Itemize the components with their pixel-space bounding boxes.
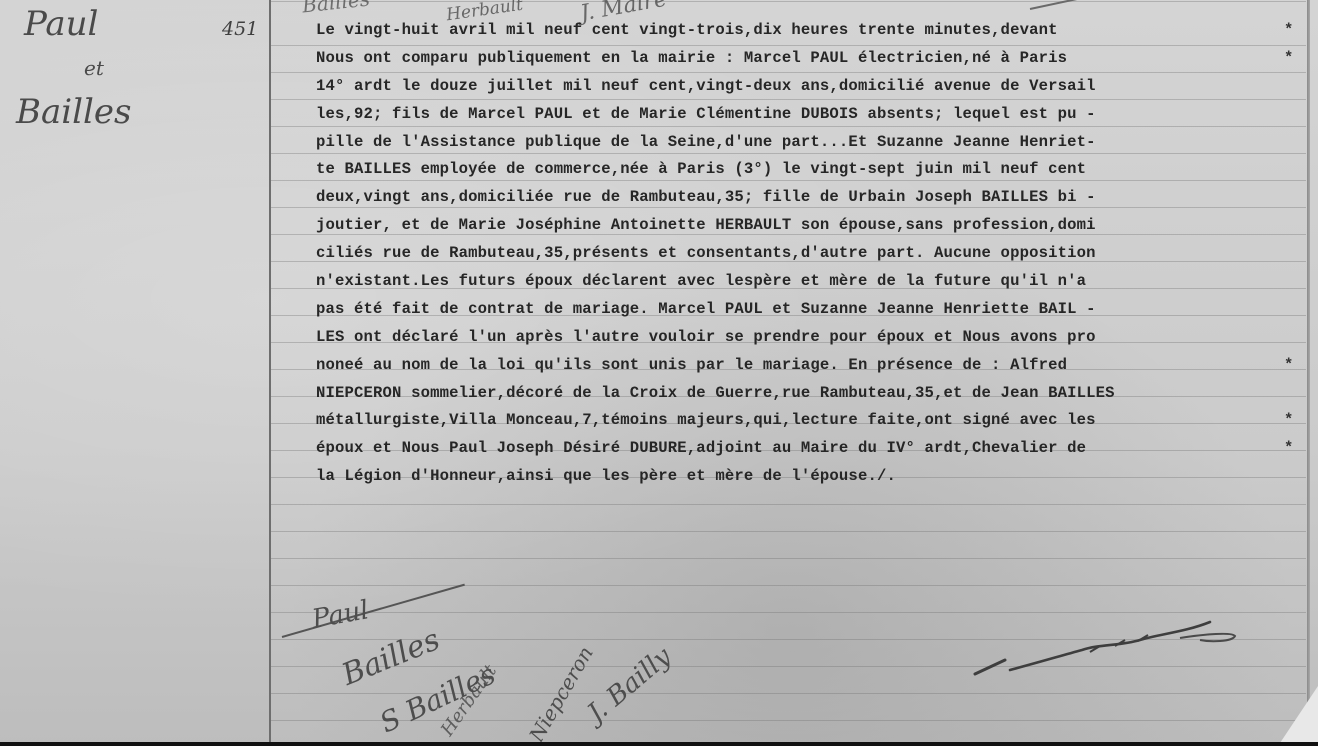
line-text: n'existant.Les futurs époux déclarent av… (316, 272, 1086, 290)
scan-border (0, 742, 1318, 746)
line-fill-mark: * (1284, 17, 1294, 45)
line-text: deux,vingt ans,domiciliée rue de Rambute… (316, 188, 1096, 206)
line-text: époux et Nous Paul Joseph Désiré DUBURE,… (316, 439, 1086, 457)
line-text: NIEPCERON sommelier,décoré de la Croix d… (316, 384, 1115, 402)
text-line: deux,vingt ans,domiciliée rue de Rambute… (316, 184, 1306, 212)
line-fill-mark: * (1284, 435, 1294, 463)
text-line: Le vingt-huit avril mil neuf cent vingt-… (316, 17, 1306, 45)
margin-name-groom: Paul (24, 4, 98, 44)
text-line: pas été fait de contrat de mariage. Marc… (316, 296, 1306, 324)
line-text: métallurgiste,Villa Monceau,7,témoins ma… (316, 411, 1096, 429)
text-line: NIEPCERON sommelier,décoré de la Croix d… (316, 380, 1306, 408)
register-page: Paul et Bailles 451 Bailles Herbault J. … (0, 0, 1318, 746)
line-text: pas été fait de contrat de mariage. Marc… (316, 300, 1096, 318)
margin-conjunction: et (84, 56, 104, 80)
line-text: te BAILLES employée de commerce,née à Pa… (316, 160, 1086, 178)
margin-rule (269, 0, 271, 746)
line-text: pille de l'Assistance publique de la Sei… (316, 133, 1096, 151)
text-line: noneé au nom de la loi qu'ils sont unis … (316, 352, 1306, 380)
text-line: la Légion d'Honneur,ainsi que les père e… (316, 463, 1306, 491)
line-text: la Légion d'Honneur,ainsi que les père e… (316, 467, 896, 485)
text-line: 14° ardt le douze juillet mil neuf cent,… (316, 73, 1306, 101)
line-text: joutier, et de Marie Joséphine Antoinett… (316, 216, 1096, 234)
text-line: métallurgiste,Villa Monceau,7,témoins ma… (316, 407, 1306, 435)
page-edge (1307, 0, 1310, 746)
text-line: joutier, et de Marie Joséphine Antoinett… (316, 212, 1306, 240)
line-fill-mark: * (1284, 352, 1294, 380)
text-line: époux et Nous Paul Joseph Désiré DUBURE,… (316, 435, 1306, 463)
text-line: n'existant.Les futurs époux déclarent av… (316, 268, 1306, 296)
line-text: ciliés rue de Rambuteau,35,présents et c… (316, 244, 1096, 262)
line-text: LES ont déclaré l'un après l'autre voulo… (316, 328, 1096, 346)
text-line: LES ont déclaré l'un après l'autre voulo… (316, 324, 1306, 352)
line-text: 14° ardt le douze juillet mil neuf cent,… (316, 77, 1096, 95)
act-text: Le vingt-huit avril mil neuf cent vingt-… (316, 17, 1306, 491)
line-fill-mark: * (1284, 45, 1294, 73)
text-line: ciliés rue de Rambuteau,35,présents et c… (316, 240, 1306, 268)
line-text: Le vingt-huit avril mil neuf cent vingt-… (316, 21, 1058, 39)
line-fill-mark: * (1284, 407, 1294, 435)
act-number: 451 (222, 18, 258, 40)
margin-name-bride: Bailles (16, 92, 131, 132)
text-line: te BAILLES employée de commerce,née à Pa… (316, 156, 1306, 184)
officer-signature (970, 612, 1270, 692)
text-line: les,92; fils de Marcel PAUL et de Marie … (316, 101, 1306, 129)
text-line: Nous ont comparu publiquement en la mair… (316, 45, 1306, 73)
text-line: pille de l'Assistance publique de la Sei… (316, 129, 1306, 157)
line-text: Nous ont comparu publiquement en la mair… (316, 49, 1067, 67)
line-text: noneé au nom de la loi qu'ils sont unis … (316, 356, 1067, 374)
page-corner-fold (1278, 686, 1318, 746)
line-text: les,92; fils de Marcel PAUL et de Marie … (316, 105, 1096, 123)
